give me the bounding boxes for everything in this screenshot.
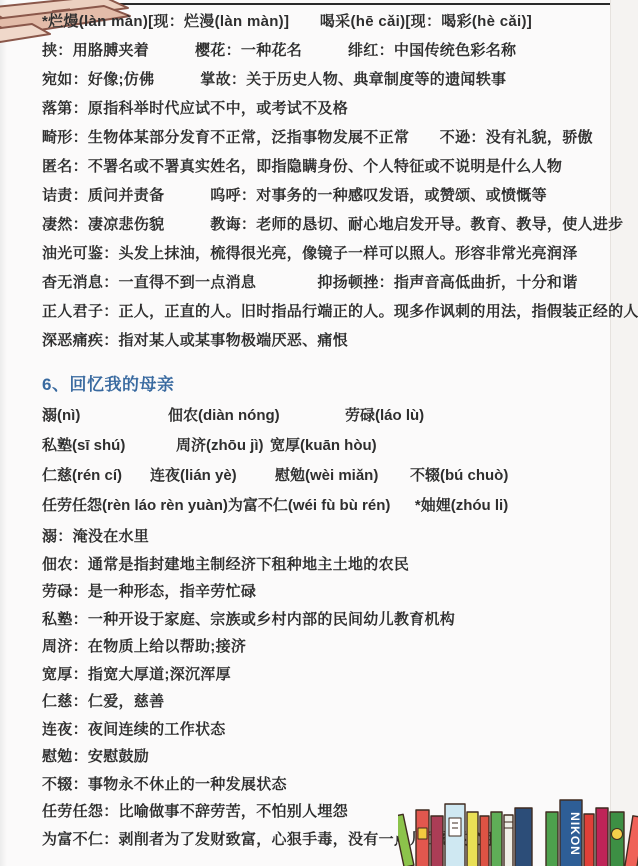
vocab-row: 私塾(sī shú) 周济(zhōu jì) 宽厚(kuān hòu) xyxy=(42,431,602,461)
definition-line: 油光可鉴：头发上抹油，梳得很光亮，像镜子一样可以照人。形容非常光亮润泽 xyxy=(42,239,602,268)
definition-line: 诘责：质问并责备 呜呼：对事务的一种感叹发语，或赞颂、或愤慨等 xyxy=(42,181,602,210)
vocab-word: 劳碌(láo lù) xyxy=(345,401,424,431)
definition-line: 杳无消息：一直得不到一点消息 抑扬顿挫：指声音高低曲折，十分和谐 xyxy=(42,268,602,297)
page-edge-strip xyxy=(610,0,638,866)
vocab-word: *妯娌(zhóu li) xyxy=(415,491,508,521)
vocab-word: 溺(nì) xyxy=(42,401,168,431)
vocab-word: 慰勉(wèi miǎn) xyxy=(275,461,410,491)
vocab-row: 任劳任怨(rèn láo rèn yuàn) 为富不仁(wéi fù bù ré… xyxy=(42,491,602,521)
vocab-word: 不辍(bú chuò) xyxy=(410,461,508,491)
bookshelf-icon: NIKON xyxy=(398,788,638,866)
definition-line: 畸形：生物体某部分发育不正常，泛指事物发展不正常 不逊：没有礼貌，骄傲 xyxy=(42,123,602,152)
definition-line: 慰勉：安慰鼓励 xyxy=(42,743,602,771)
vocab-word: 连夜(lián yè) xyxy=(150,461,275,491)
lesson-title: 6、回忆我的母亲 xyxy=(42,370,602,395)
book-spine-text: NIKON xyxy=(568,812,582,856)
definition-line: 挟：用胳膊夹着 樱花：一种花名 绯红：中国传统色彩名称 xyxy=(42,36,602,65)
vocab-word: 任劳任怨(rèn láo rèn yuàn) xyxy=(42,491,228,521)
vocab-word-list: 溺(nì) 佃农(diàn nóng) 劳碌(láo lù) 私塾(sī shú… xyxy=(42,401,602,521)
definition-line: 周济：在物质上给以帮助;接济 xyxy=(42,633,602,661)
definition-line: 连夜：夜间连续的工作状态 xyxy=(42,716,602,744)
definition-line: 正人君子：正人，正直的人。旧时指品行端正的人。现多作讽刺的用法，指假装正经的人 xyxy=(42,297,602,326)
definition-line: 深恶痛疾：指对某人或某事物极端厌恶、痛恨 xyxy=(42,326,602,355)
vocab-word: 佃农(diàn nóng) xyxy=(168,401,345,431)
definition-line: 匿名：不署名或不署真实姓名，即指隐瞒身份、个人特征或不说明是什么人物 xyxy=(42,152,602,181)
definition-line: 佃农：通常是指封建地主制经济下租种地主土地的农民 xyxy=(42,551,602,579)
study-sheet-page: { "colors": { "heading_blue": "#38699f",… xyxy=(0,0,638,866)
vocab-word: 为富不仁(wéi fù bù rén) xyxy=(228,491,415,521)
definition-line: 宛如：好像;仿佛 掌故：关于历史人物、典章制度等的遗闻轶事 xyxy=(42,65,602,94)
page-content: *烂熳(làn màn)[现：烂漫(làn màn)] 喝采(hē cǎi)[现… xyxy=(42,7,602,853)
definition-line: 凄然：凄凉悲伤貌 教诲：老师的恳切、耐心地启发开导。教育、教导，使人进步 xyxy=(42,210,602,239)
definition-line: 溺：淹没在水里 xyxy=(42,523,602,551)
definition-line: 宽厚：指宽大厚道;深沉浑厚 xyxy=(42,661,602,689)
definition-line: 仁慈：仁爱，慈善 xyxy=(42,688,602,716)
vocab-word: 周济(zhōu jì) xyxy=(176,431,270,461)
vocab-row: 溺(nì) 佃农(diàn nóng) 劳碌(láo lù) xyxy=(42,401,602,431)
definition-line: *烂熳(làn màn)[现：烂漫(làn màn)] 喝采(hē cǎi)[现… xyxy=(42,7,602,36)
vocab-word: 私塾(sī shú) xyxy=(42,431,176,461)
vocab-word: 仁慈(rén cí) xyxy=(42,461,150,491)
page-left-shade xyxy=(0,0,7,866)
definition-line: 私塾：一种开设于家庭、宗族或乡村内部的民间幼儿教育机构 xyxy=(42,606,602,634)
vocab-word: 宽厚(kuān hòu) xyxy=(270,431,377,461)
definition-line: 落第：原指科举时代应试不中，或考试不及格 xyxy=(42,94,602,123)
definition-line: 劳碌：是一种形态，指辛劳忙碌 xyxy=(42,578,602,606)
top-definitions: *烂熳(làn màn)[现：烂漫(làn màn)] 喝采(hē cǎi)[现… xyxy=(42,7,602,355)
vocab-row: 仁慈(rén cí) 连夜(lián yè) 慰勉(wèi miǎn) 不辍(b… xyxy=(42,461,602,491)
